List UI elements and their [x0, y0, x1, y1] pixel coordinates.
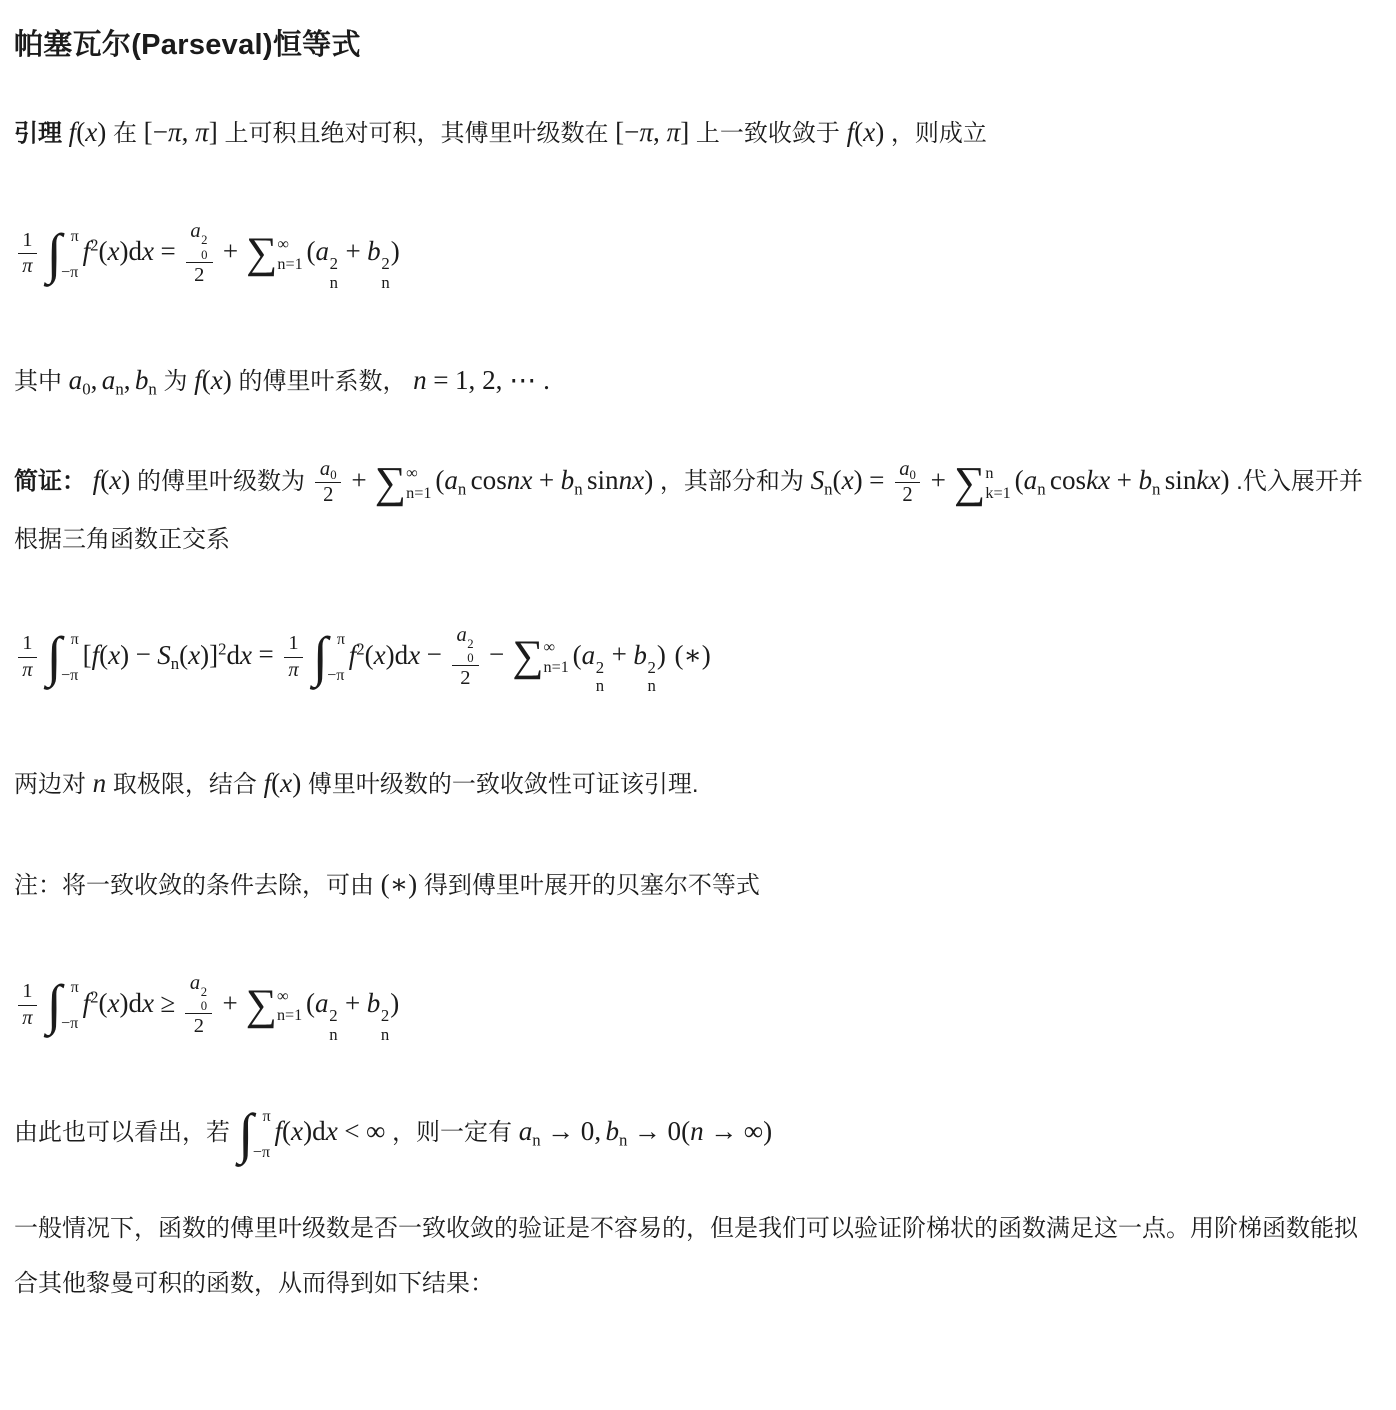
math-subscript: n — [1152, 480, 1160, 499]
summation: ∑∞n=1 — [246, 231, 303, 277]
lower-limit: −π — [61, 264, 79, 280]
math-var: a — [315, 236, 329, 266]
math-superscript: 2 — [356, 639, 364, 658]
math-roman: [ — [83, 639, 92, 669]
math-roman: 2 — [460, 667, 470, 689]
sigma-sign: ∑ — [954, 460, 985, 506]
math-roman: ) — [223, 365, 232, 395]
math-operator: + — [539, 465, 554, 495]
math-var: S — [811, 465, 825, 495]
proof-paragraph: 简证： f(x) 的傅里叶级数为 a02+∑∞n=1(an cosnx+bn s… — [14, 449, 1376, 567]
math-subscript: n — [171, 654, 179, 673]
text-run — [86, 468, 93, 495]
math-operator: + — [222, 988, 237, 1018]
math-roman: ) — [391, 236, 400, 266]
math-var: n — [690, 1116, 704, 1146]
math-roman: sin — [587, 465, 619, 495]
text-run: 其中 — [14, 368, 69, 395]
math-var: π — [22, 255, 32, 277]
math-roman: ( — [99, 236, 108, 266]
upper-limit: π — [262, 1108, 270, 1124]
integral-sign: ∫ — [313, 628, 328, 686]
math-roman: 2 — [902, 484, 912, 506]
math-supsub: 20 — [467, 637, 473, 665]
math-roman: ] — [680, 117, 689, 147]
sigma-sign: ∑ — [375, 460, 406, 506]
page-title: 帕塞瓦尔(Parseval)恒等式 — [14, 22, 1376, 63]
integral: ∫π−π — [47, 225, 79, 283]
summation: ∑∞n=1 — [375, 460, 432, 506]
conclusion-paragraph: 由此也可以看出，若 ∫π−πf(x)dx<∞ ，则一定有 an→0, bn→0(… — [14, 1100, 1376, 1163]
math-roman: )d — [303, 1116, 326, 1146]
math-roman: , — [124, 365, 131, 395]
math-var: b — [561, 465, 575, 495]
math-roman: d — [227, 639, 241, 669]
fraction: a02 — [315, 457, 341, 510]
math-supsub: 2n — [330, 255, 338, 292]
math-var: b — [1138, 465, 1152, 495]
text-run: 上一致收敛于 — [689, 120, 846, 147]
math-roman: , — [653, 117, 667, 147]
math-var: kx — [1086, 465, 1110, 495]
math-var: a — [190, 972, 200, 994]
math-roman: ) — [121, 465, 130, 495]
math-var: a — [444, 465, 458, 495]
inline-math: [−π, π] — [144, 117, 218, 147]
text-run: 注：将一致收敛的条件去除，可由 — [14, 872, 381, 899]
math-roman: ∞) — [744, 1116, 772, 1146]
math-roman: ] — [209, 117, 218, 147]
math-var: f — [274, 1116, 282, 1146]
math-subscript: n — [824, 480, 832, 499]
math-var: f — [83, 236, 91, 266]
math-space — [41, 988, 45, 1019]
text-run: 由此也可以看出，若 — [14, 1119, 237, 1146]
math-roman: (∗) — [381, 869, 417, 899]
math-operator: − — [489, 639, 504, 669]
math-roman: ( — [99, 988, 108, 1018]
math-subscript: n — [532, 1131, 540, 1150]
inline-math: an→0, bn→0(n→∞) — [519, 1116, 772, 1146]
math-roman: [− — [615, 117, 639, 147]
math-roman: ) — [657, 639, 666, 669]
math-var: f — [847, 117, 855, 147]
math-roman: ) — [854, 465, 863, 495]
integral: ∫π−π — [238, 1105, 270, 1163]
fraction: a202 — [452, 623, 479, 692]
math-subscript: n — [148, 379, 156, 398]
integral: ∫π−π — [313, 628, 345, 686]
integral-sign: ∫ — [238, 1105, 253, 1163]
fraction: a202 — [185, 971, 212, 1040]
math-roman: ( — [76, 117, 85, 147]
math-roman: )d — [119, 988, 142, 1018]
summation: ∑nk=1 — [954, 460, 1011, 506]
math-var: f — [264, 768, 272, 798]
math-operator: + — [351, 465, 366, 495]
math-roman: ( — [282, 1116, 291, 1146]
math-roman: cos — [1050, 465, 1086, 495]
math-var: f — [92, 639, 100, 669]
inline-math: ∫π−πf(x)dx<∞ — [237, 1116, 386, 1146]
sigma-sign: ∑ — [246, 983, 277, 1029]
math-var: x — [142, 236, 154, 266]
math-var: b — [605, 1116, 619, 1146]
text-run: 取极限，结合 — [106, 771, 263, 798]
math-var: f — [194, 365, 202, 395]
lower-limit: −π — [327, 667, 345, 683]
lower-limit: −π — [253, 1144, 271, 1160]
math-superscript: 2 — [218, 639, 226, 658]
math-space — [307, 639, 311, 670]
math-operator: = — [160, 236, 175, 266]
inline-math: Sn(x)=a02+∑nk=1(an coskx+bn sinkx) — [811, 465, 1230, 495]
math-roman: cos — [471, 465, 507, 495]
math-operator: → — [710, 1116, 737, 1146]
math-var: nx — [507, 465, 533, 495]
math-roman: )d — [386, 639, 409, 669]
inline-math: a0, an, bn — [69, 365, 157, 395]
math-var: b — [135, 365, 149, 395]
sigma-sign: ∑ — [512, 634, 543, 680]
math-subscript: n — [1037, 480, 1045, 499]
math-roman: ( — [271, 768, 280, 798]
fraction: 1π — [18, 979, 37, 1031]
text-run: 傅里叶级数的一致收敛性可证该引理. — [301, 771, 698, 798]
math-var: a — [320, 458, 330, 480]
math-var: a — [519, 1116, 533, 1146]
math-roman: 0, — [581, 1116, 601, 1146]
lower-limit: k=1 — [985, 485, 1010, 501]
math-roman: ( — [833, 465, 842, 495]
math-var: π — [195, 117, 209, 147]
inline-math: n=1, 2, ⋯ . — [413, 365, 550, 395]
math-var: x — [109, 465, 121, 495]
math-roman: 2 — [194, 264, 204, 286]
text-run: 一般情况下，函数的傅里叶级数是否一致收敛的验证是不容易的，但是我们可以验证阶梯状… — [14, 1215, 1358, 1297]
math-var: b — [633, 639, 647, 669]
coefficients-paragraph: 其中 a0, an, bn 为 f(x) 的傅里叶系数， n=1, 2, ⋯ . — [14, 349, 1376, 411]
math-operator: + — [931, 465, 946, 495]
math-space — [41, 639, 45, 670]
upper-limit: π — [71, 228, 79, 244]
math-subscript: 0 — [910, 468, 916, 482]
math-var: π — [22, 1007, 32, 1029]
math-roman: 2 — [194, 1015, 204, 1037]
math-var: x — [188, 639, 200, 669]
math-roman: 1, 2, ⋯ . — [455, 365, 550, 395]
summation: ∑∞n=1 — [512, 634, 569, 680]
math-var: x — [85, 117, 97, 147]
star-formula: 1π ∫π−π[f(x)−Sn(x)]2dx=1π ∫π−πf2(x)dx−a2… — [14, 623, 1376, 696]
text-run: 的傅里叶系数， — [232, 368, 413, 395]
math-var: b — [367, 988, 381, 1018]
math-var: x — [842, 465, 854, 495]
text-run: 的傅里叶级数为 — [130, 468, 311, 495]
math-var: x — [374, 639, 386, 669]
math-supsub: 2n — [647, 659, 655, 696]
math-operator: → — [634, 1116, 661, 1146]
math-supsub: 20 — [201, 233, 207, 261]
inline-math: [−π, π] — [615, 117, 689, 147]
math-roman: [− — [144, 117, 168, 147]
math-roman: )d — [119, 236, 142, 266]
inline-math: f(x) — [847, 117, 885, 147]
document-page: 帕塞瓦尔(Parseval)恒等式 引理 f(x) 在 [−π, π] 上可积且… — [0, 0, 1396, 1410]
general-paragraph: 一般情况下，函数的傅里叶级数是否一致收敛的验证是不容易的，但是我们可以验证阶梯状… — [14, 1201, 1376, 1311]
fraction: 1π — [284, 631, 303, 683]
math-var: a — [315, 988, 329, 1018]
math-var: a — [69, 365, 83, 395]
math-var: a — [899, 458, 909, 480]
math-roman: , — [182, 117, 196, 147]
math-var: a — [582, 639, 596, 669]
math-var: π — [168, 117, 182, 147]
math-roman: ( — [1015, 465, 1024, 495]
bold-text-run: 引理 — [14, 120, 69, 147]
math-roman: 1 — [22, 229, 32, 251]
integral-sign: ∫ — [47, 976, 62, 1034]
math-roman: ( — [573, 639, 582, 669]
math-operator: ≥ — [160, 988, 175, 1018]
inline-math: a02+∑∞n=1(an cosnx+bn sinnx) — [312, 465, 654, 495]
note-paragraph: 注：将一致收敛的条件去除，可由 (∗) 得到傅里叶展开的贝塞尔不等式 — [14, 853, 1376, 915]
math-var: x — [408, 639, 420, 669]
lower-limit: n=1 — [277, 256, 302, 272]
math-operator: < — [344, 1116, 359, 1146]
math-subscript: n — [619, 1131, 627, 1150]
math-operator: + — [345, 236, 360, 266]
math-roman: 2 — [323, 484, 333, 506]
math-subscript: n — [574, 480, 582, 499]
math-var: π — [667, 117, 681, 147]
fraction: a02 — [895, 457, 921, 510]
integral: ∫π−π — [47, 976, 79, 1034]
math-superscript: 2 — [90, 987, 98, 1006]
inline-math: n — [93, 768, 107, 798]
inline-math: (∗) — [381, 869, 417, 899]
text-run: 在 — [106, 120, 143, 147]
math-roman: ) — [97, 117, 106, 147]
math-operator: = — [869, 465, 884, 495]
lower-limit: n=1 — [406, 485, 431, 501]
text-run: 上可积且绝对可积，其傅里叶级数在 — [218, 120, 615, 147]
math-var: x — [108, 988, 120, 1018]
math-superscript: 2 — [90, 236, 98, 255]
math-roman: ( — [854, 117, 863, 147]
math-var: b — [367, 236, 381, 266]
integral: ∫π−π — [47, 628, 79, 686]
math-subscript: 0 — [82, 379, 90, 398]
math-operator: − — [427, 639, 442, 669]
math-operator: + — [612, 639, 627, 669]
math-var: a — [102, 365, 116, 395]
math-var: x — [280, 768, 292, 798]
math-var: a — [456, 624, 466, 646]
math-roman: 1 — [288, 632, 298, 654]
math-roman: ( — [365, 639, 374, 669]
summation: ∑∞n=1 — [246, 983, 303, 1029]
bold-text-run: 简证： — [14, 468, 86, 495]
math-roman: )] — [200, 639, 218, 669]
math-var: x — [326, 1116, 338, 1146]
inline-math: f(x) — [93, 465, 131, 495]
math-var: x — [142, 988, 154, 1018]
math-var: a — [190, 220, 200, 242]
text-run: 得到傅里叶展开的贝塞尔不等式 — [417, 872, 760, 899]
lower-limit: n=1 — [544, 659, 569, 675]
math-roman: ) — [120, 639, 129, 669]
math-var: n — [413, 365, 427, 395]
math-operator: → — [547, 1116, 574, 1146]
math-var: x — [240, 639, 252, 669]
math-roman: ( — [202, 365, 211, 395]
text-run: ，其部分和为 — [653, 468, 810, 495]
math-roman: 0( — [668, 1116, 691, 1146]
upper-limit: ∞ — [544, 639, 569, 655]
math-var: nx — [619, 465, 645, 495]
math-subscript: n — [115, 379, 123, 398]
text-run: 为 — [157, 368, 194, 395]
math-roman: ( — [306, 988, 315, 1018]
fraction: 1π — [18, 631, 37, 683]
math-roman: ) — [644, 465, 653, 495]
math-var: x — [863, 117, 875, 147]
upper-limit: π — [71, 979, 79, 995]
math-var: x — [211, 365, 223, 395]
limit-paragraph: 两边对 n 取极限，结合 f(x) 傅里叶级数的一致收敛性可证该引理. — [14, 752, 1376, 814]
upper-limit: ∞ — [277, 988, 302, 1004]
math-supsub: 2n — [381, 1007, 389, 1044]
math-var: n — [93, 768, 107, 798]
parseval-identity-formula: 1π ∫π−πf2(x)dx=a202+∑∞n=1(a2n+b2n) — [14, 219, 1376, 292]
upper-limit: π — [71, 631, 79, 647]
math-roman: ( — [179, 639, 188, 669]
text-run: ，则一定有 — [385, 1119, 518, 1146]
math-var: kx — [1196, 465, 1220, 495]
math-operator: = — [433, 365, 448, 395]
upper-limit: n — [985, 465, 1010, 481]
math-roman: sin — [1165, 465, 1197, 495]
sigma-sign: ∑ — [246, 231, 277, 277]
math-subscript: n — [458, 480, 466, 499]
math-operator: − — [136, 639, 151, 669]
math-var: π — [639, 117, 653, 147]
math-roman: ) — [875, 117, 884, 147]
math-supsub: 2n — [329, 1007, 337, 1044]
math-var: x — [108, 639, 120, 669]
math-roman: ∞ — [366, 1116, 385, 1146]
bessel-inequality-formula: 1π ∫π−πf2(x)dx≥a202+∑∞n=1(a2n+b2n) — [14, 971, 1376, 1044]
math-roman: ) — [292, 768, 301, 798]
math-supsub: 2n — [381, 255, 389, 292]
lower-limit: −π — [61, 1015, 79, 1031]
math-roman: 1 — [22, 980, 32, 1002]
upper-limit: ∞ — [277, 236, 302, 252]
math-space — [41, 236, 45, 267]
lemma-paragraph: 引理 f(x) 在 [−π, π] 上可积且绝对可积，其傅里叶级数在 [−π, … — [14, 101, 1376, 163]
math-roman: ( — [100, 465, 109, 495]
math-roman: 1 — [22, 632, 32, 654]
math-roman: ) — [390, 988, 399, 1018]
math-roman: , — [91, 365, 98, 395]
integral-sign: ∫ — [47, 628, 62, 686]
math-roman: ( — [99, 639, 108, 669]
upper-limit: π — [337, 631, 345, 647]
math-var: f — [83, 988, 91, 1018]
text-run: 两边对 — [14, 771, 93, 798]
inline-math: f(x) — [69, 117, 107, 147]
math-var: x — [108, 236, 120, 266]
math-supsub: 2n — [596, 659, 604, 696]
math-operator: + — [345, 988, 360, 1018]
text-run: ，则成立 — [884, 120, 987, 147]
math-supsub: 20 — [201, 985, 207, 1013]
math-roman: (∗) — [674, 639, 710, 669]
integral-sign: ∫ — [47, 225, 62, 283]
math-operator: = — [258, 639, 273, 669]
fraction: 1π — [18, 228, 37, 280]
upper-limit: ∞ — [406, 465, 431, 481]
lower-limit: −π — [61, 667, 79, 683]
fraction: a202 — [186, 219, 213, 288]
math-roman: ( — [435, 465, 444, 495]
math-var: S — [157, 639, 171, 669]
math-var: x — [291, 1116, 303, 1146]
math-subscript: 0 — [330, 468, 336, 482]
inline-math: f(x) — [194, 365, 232, 395]
math-var: π — [288, 659, 298, 681]
lower-limit: n=1 — [277, 1007, 302, 1023]
inline-math: f(x) — [264, 768, 302, 798]
math-var: π — [22, 659, 32, 681]
math-operator: + — [1117, 465, 1132, 495]
math-operator: + — [223, 236, 238, 266]
math-var: a — [1024, 465, 1038, 495]
